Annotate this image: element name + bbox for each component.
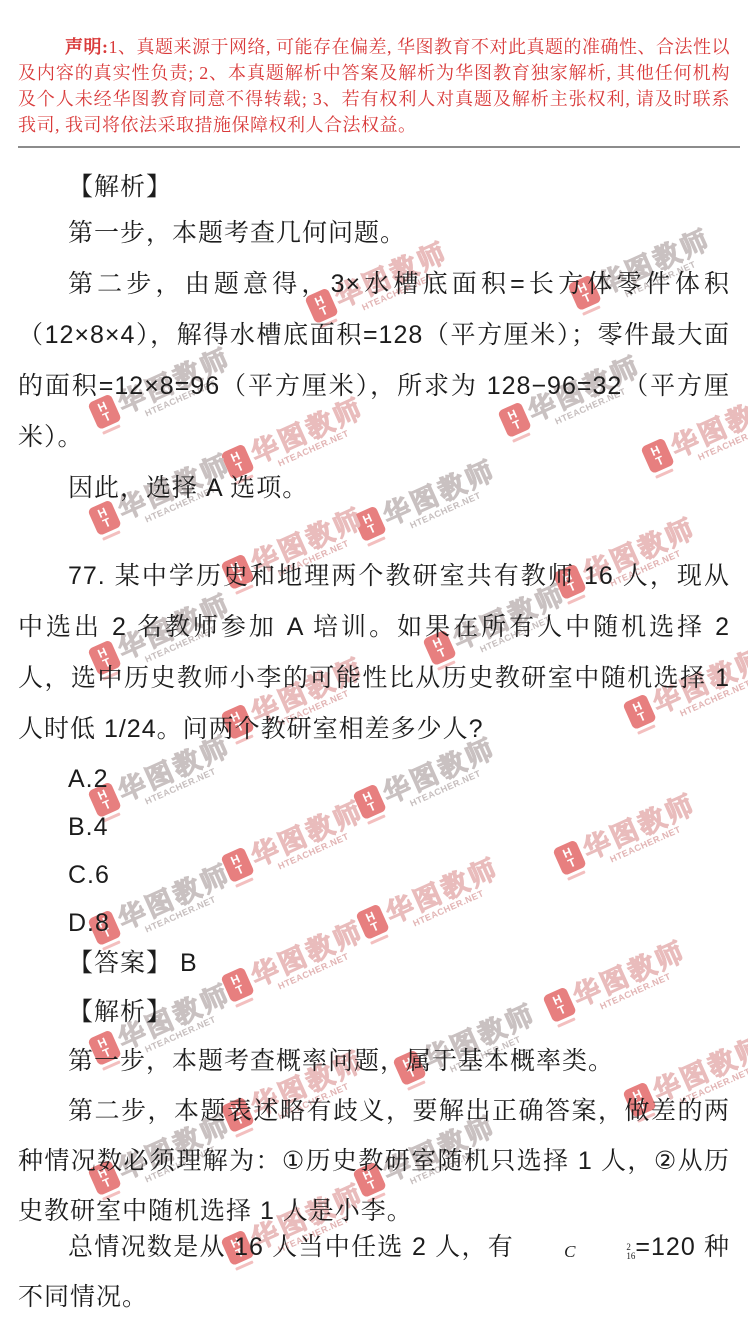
answer-label: 【答案】 [68,949,172,977]
question77-step2: 第二步，本题表述略有歧义，要解出正确答案，做差的两种情况数必须理解为：①历史教研… [18,1086,730,1236]
answer-line: 【答案】B [18,939,730,988]
analysis-header-77: 【解析】 [18,988,730,1037]
disclaimer-text: 1、真题来源于网络, 可能存在偏差, 华图教育不对此真题的准确性、合法性以及内容… [18,37,730,135]
solution-content: 【解析】 第一步，本题考查几何问题。 第二步，由题意得，3×水槽底面积=长方体零… [18,166,730,1322]
analysis-header-76: 【解析】 [18,166,730,208]
option-C: C.6 [18,851,730,899]
section-divider [18,146,740,148]
document-body: 声明:1、真题来源于网络, 可能存在偏差, 华图教育不对此真题的准确性、合法性以… [0,0,748,1335]
combination-formula: C216 [514,1243,635,1261]
answer-value: B [180,949,198,977]
disclaimer-label: 声明: [65,37,109,57]
step3-prefix: 总情况数是从 16 人当中任选 2 人，有 [68,1233,514,1261]
formula-symbol: C [514,1243,575,1260]
solution76-conclusion: 因此，选择 A 选项。 [18,463,730,514]
question77-step3: 总情况数是从 16 人当中任选 2 人，有C216=120 种不同情况。 [18,1222,730,1322]
option-A: A.2 [18,755,730,803]
solution76-step2: 第二步，由题意得，3×水槽底面积=长方体零件体积（12×8×4），解得水槽底面积… [18,259,730,463]
question77-step1: 第一步，本题考查概率问题，属于基本概率类。 [18,1037,730,1086]
formula-subscript: 16 [576,1252,635,1261]
option-B: B.4 [18,803,730,851]
question77-stem: 77. 某中学历史和地理两个教研室共有教师 16 人，现从中选出 2 名教师参加… [18,551,730,755]
disclaimer-paragraph: 声明:1、真题来源于网络, 可能存在偏差, 华图教育不对此真题的准确性、合法性以… [18,34,730,138]
document-page: H T 华图教师 HTEACHER.NET H T 华图教师 HTEACHER.… [0,0,748,1335]
solution76-step1: 第一步，本题考查几何问题。 [18,208,730,259]
